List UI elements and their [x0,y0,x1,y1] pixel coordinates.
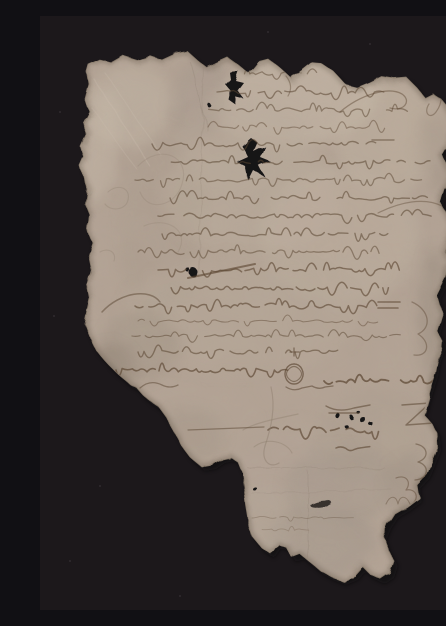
ink-blot [369,422,373,426]
background-speck [267,31,269,33]
ink-blot [208,104,212,108]
manuscript-photo [40,16,446,610]
background-speck [179,595,181,597]
ink-blot [360,417,366,423]
ink-blot [344,424,348,428]
background-speck [99,485,101,487]
background-speck [53,315,55,317]
ink-blot [349,415,353,419]
background-speck [369,43,371,45]
ink-blot [253,487,257,491]
background-speck [69,560,71,562]
manuscript-scene [40,16,446,610]
background-speck [59,111,61,113]
